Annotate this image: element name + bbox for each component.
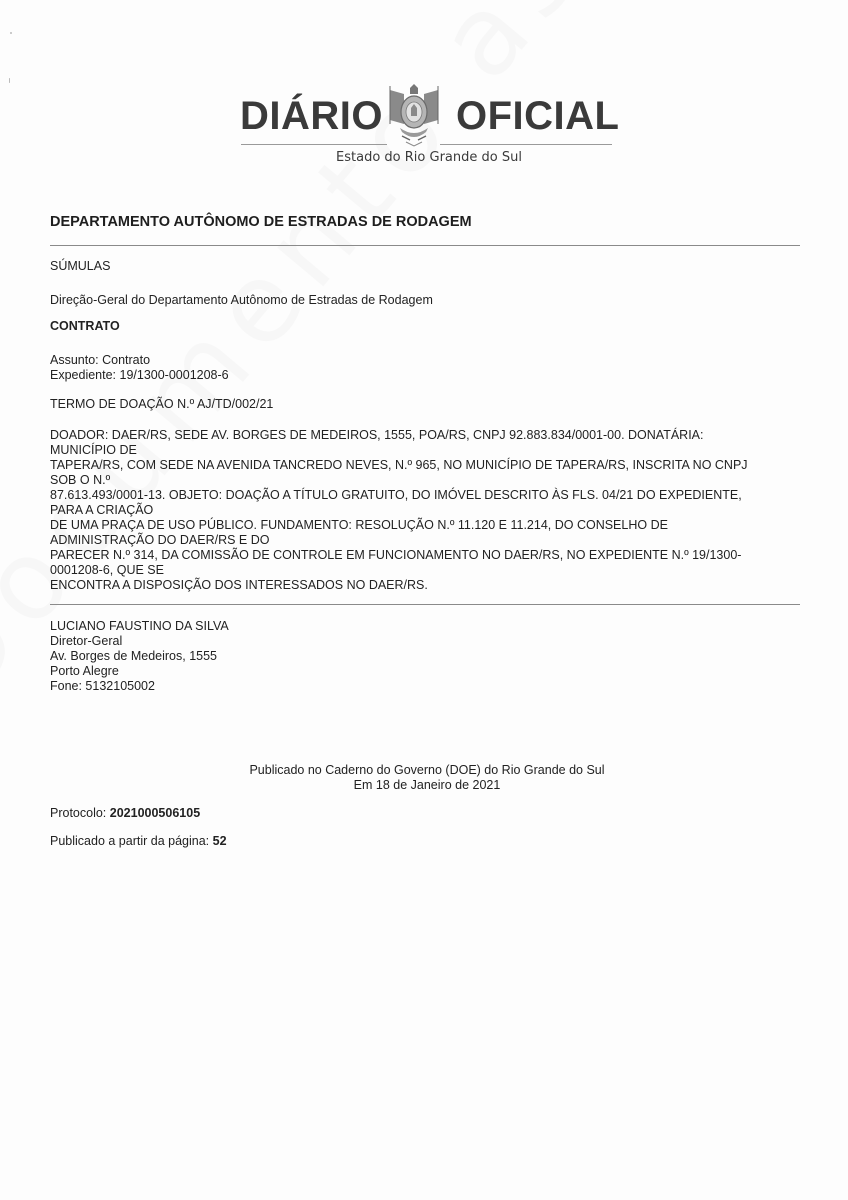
signer-phone: Fone: 5132105002 xyxy=(50,679,800,694)
publication-date: Em 18 de Janeiro de 2021 xyxy=(6,778,848,793)
body-line: ADMINISTRAÇÃO DO DAER/RS E DO xyxy=(50,533,790,548)
body-line: 0001208-6, QUE SE xyxy=(50,563,790,578)
publication-notice: Publicado no Caderno do Governo (DOE) do… xyxy=(0,763,848,793)
body-line: PARA A CRIAÇÃO xyxy=(50,503,790,518)
coat-of-arms-icon xyxy=(384,84,444,148)
termo-title: TERMO DE DOAÇÃO N.º AJ/TD/002/21 xyxy=(50,397,800,412)
signer-block: LUCIANO FAUSTINO DA SILVA Diretor-Geral … xyxy=(50,619,800,694)
masthead-rule-right xyxy=(440,144,612,145)
start-page: Publicado a partir da página: 52 xyxy=(50,834,227,848)
publication-line: Publicado no Caderno do Governo (DOE) do… xyxy=(6,763,848,778)
protocol-label: Protocolo: xyxy=(50,806,110,820)
signature-divider xyxy=(50,604,800,605)
section-divider xyxy=(50,245,800,246)
masthead-subtitle: Estado do Rio Grande do Sul xyxy=(0,150,848,165)
issuer-line: Direção-Geral do Departamento Autônomo d… xyxy=(50,293,800,308)
document-type: CONTRATO xyxy=(50,319,800,334)
body-line: MUNICÍPIO DE xyxy=(50,443,790,458)
section-label: SÚMULAS xyxy=(50,259,800,274)
contract-body: DOADOR: DAER/RS, SEDE AV. BORGES DE MEDE… xyxy=(50,428,790,593)
protocol-value: 2021000506105 xyxy=(110,806,200,820)
body-line: DE UMA PRAÇA DE USO PÚBLICO. FUNDAMENTO:… xyxy=(50,518,790,533)
page-label: Publicado a partir da página: xyxy=(50,834,213,848)
body-line: DOADOR: DAER/RS, SEDE AV. BORGES DE MEDE… xyxy=(50,428,790,443)
scan-speck xyxy=(10,32,12,34)
subject-assunto: Assunto: Contrato xyxy=(50,353,800,368)
signer-name: LUCIANO FAUSTINO DA SILVA xyxy=(50,619,800,634)
body-line: SOB O N.º xyxy=(50,473,790,488)
signer-role: Diretor-Geral xyxy=(50,634,800,649)
subject-expediente: Expediente: 19/1300-0001208-6 xyxy=(50,368,800,383)
body-line: TAPERA/RS, COM SEDE NA AVENIDA TANCREDO … xyxy=(50,458,790,473)
masthead: DIÁRIO OFICIAL Estado do Rio Grande do S… xyxy=(0,84,848,174)
body-line: PARECER N.º 314, DA COMISSÃO DE CONTROLE… xyxy=(50,548,790,563)
document-content: DEPARTAMENTO AUTÔNOMO DE ESTRADAS DE ROD… xyxy=(50,211,800,694)
masthead-rule-left xyxy=(241,144,387,145)
page-value: 52 xyxy=(213,834,227,848)
body-line: 87.613.493/0001-13. OBJETO: DOAÇÃO A TÍT… xyxy=(50,488,790,503)
protocol-number: Protocolo: 2021000506105 xyxy=(50,806,200,820)
body-line: ENCONTRA A DISPOSIÇÃO DOS INTERESSADOS N… xyxy=(50,578,790,593)
masthead-title-right: OFICIAL xyxy=(456,94,619,139)
signer-city: Porto Alegre xyxy=(50,664,800,679)
subject-block: Assunto: Contrato Expediente: 19/1300-00… xyxy=(50,353,800,383)
scan-speck xyxy=(9,78,10,83)
masthead-title-left: DIÁRIO xyxy=(240,94,383,139)
department-title: DEPARTAMENTO AUTÔNOMO DE ESTRADAS DE ROD… xyxy=(50,211,800,233)
signer-address: Av. Borges de Medeiros, 1555 xyxy=(50,649,800,664)
